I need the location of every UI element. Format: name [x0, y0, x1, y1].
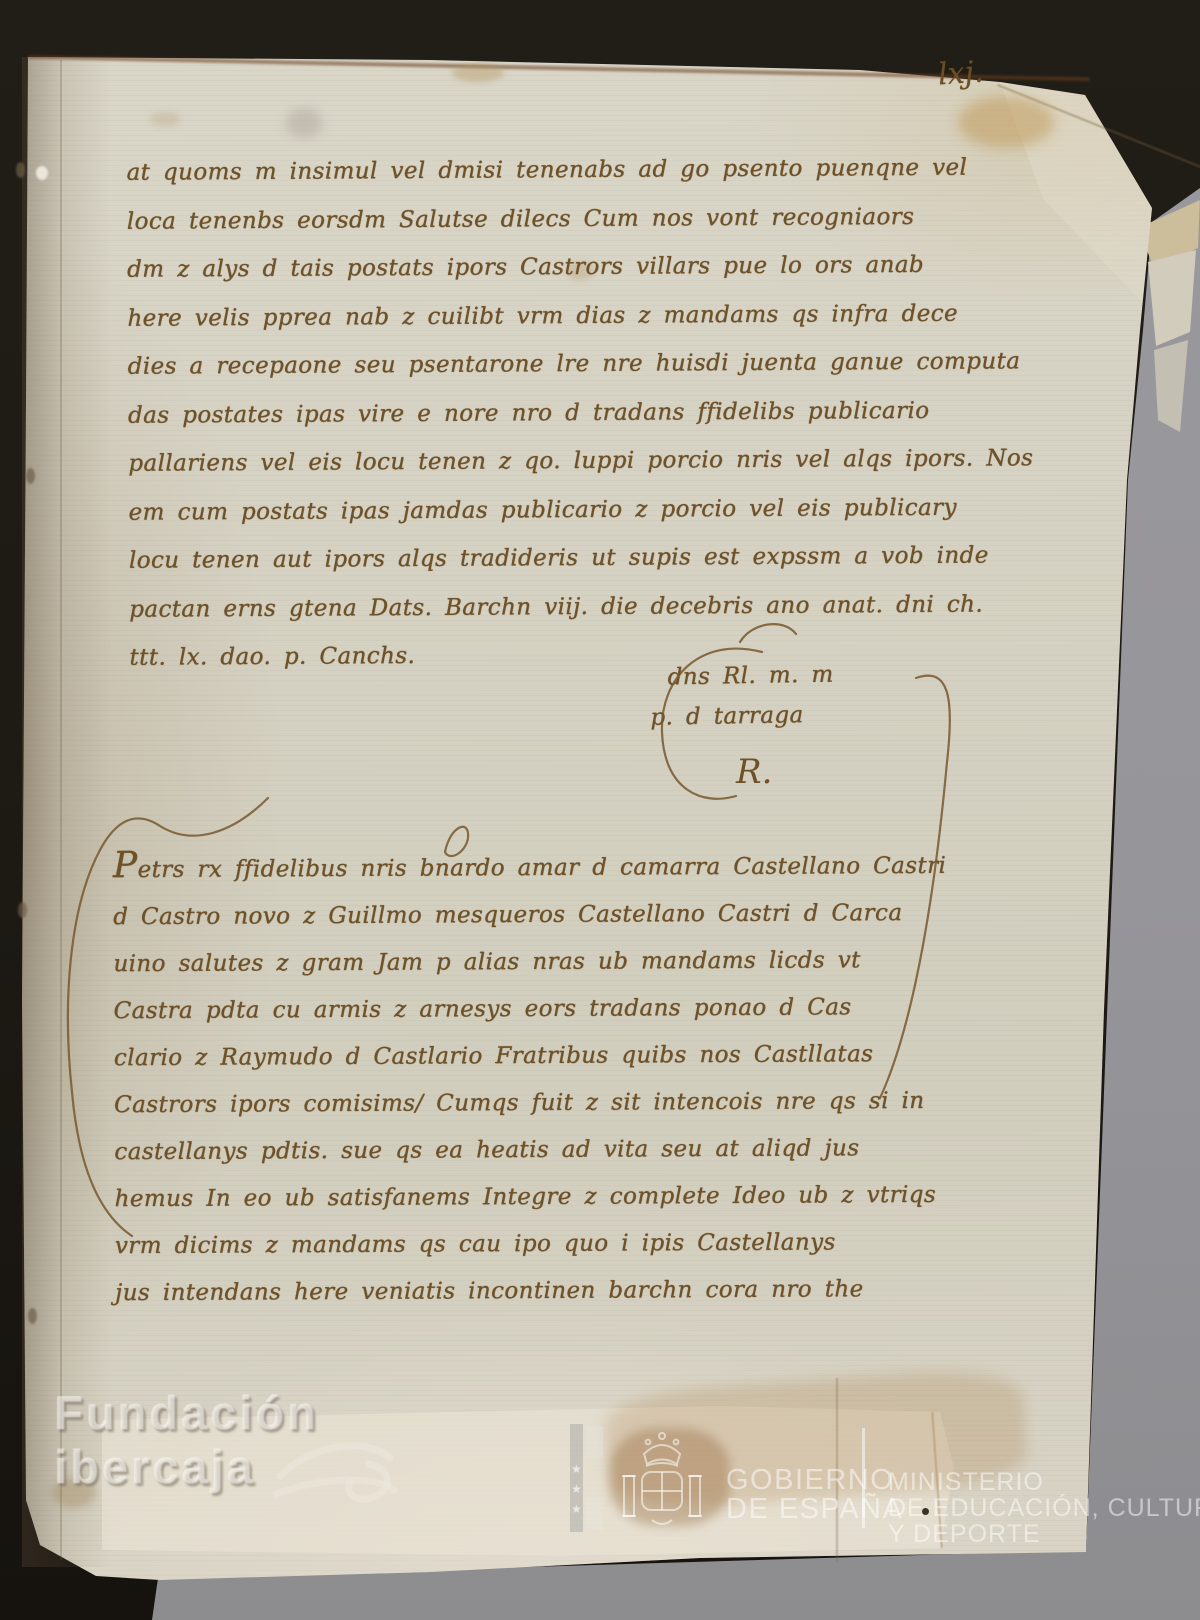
flag-block-top — [586, 1426, 603, 1458]
manuscript-line: castellanys pdtis. sue qs ea heatis ad v… — [114, 1125, 948, 1176]
ministerio-watermark-line3: Y DEPORTE — [888, 1520, 1041, 1549]
gobierno-watermark-line2: DE ESPAÑA — [726, 1493, 903, 1526]
ibercaja-watermark-line2: ibercaja — [55, 1440, 257, 1495]
manuscript-line: locu tenen aut ipors alqs tradideris ut … — [129, 531, 1034, 585]
binding-stitch — [26, 468, 35, 484]
stain — [150, 112, 180, 126]
paper-speck — [36, 166, 48, 180]
manuscript-line: pactan erns gtena Dats. Barchn viij. die… — [129, 580, 1034, 634]
manuscript-line: Petrs rx ffidelibus nris bnardo amar d c… — [113, 838, 947, 894]
manuscript-line: at quoms m insimul vel dmisi tenenabs ad… — [126, 143, 1031, 197]
manuscript-line: dm z alys d tais postats ipors Castrors … — [127, 240, 1032, 294]
manuscript-scan: lxj. at quoms m insimul vel dmisi tenena… — [0, 0, 1200, 1620]
spain-coat-of-arms-icon — [606, 1428, 718, 1540]
manuscript-line: ttt. lx. dao. p. Canchs. — [129, 628, 1034, 682]
manuscript-line: dies a recepaone seu psentarone lre nre … — [128, 337, 1033, 391]
manuscript-line: em cum postats ipas jamdas publicario z … — [128, 483, 1033, 537]
binding-stitch — [18, 902, 27, 918]
manuscript-line: vrm dicims z mandams qs cau ipo quo i ip… — [115, 1219, 949, 1270]
ministerio-watermark-line1: MINISTERIO — [888, 1468, 1044, 1497]
manuscript-line: here velis pprea nab z cuilibt vrm dias … — [127, 289, 1032, 343]
binding-stitch — [28, 1308, 37, 1324]
binding-gutter — [22, 57, 112, 1567]
manuscript-paragraph-1: at quoms m insimul vel dmisi tenenabs ad… — [126, 143, 1034, 682]
manuscript-line: uino salutes z gram Jam p alias nras ub … — [113, 937, 947, 988]
watermark-divider — [862, 1428, 865, 1528]
binding-stitch — [16, 162, 25, 178]
manuscript-line: Castrors ipors comisims/ Cumqs fuit z si… — [114, 1078, 948, 1129]
stain — [452, 64, 504, 82]
flag-block-bottom — [586, 1498, 603, 1530]
gutter-crease — [60, 60, 62, 1560]
manuscript-line: d Castro novo z Guillmo mesqueros Castel… — [113, 890, 947, 941]
manuscript-line: das postates ipas vire e nore nro d trad… — [128, 386, 1033, 440]
manuscript-line: loca tenenbs eorsdm Salutse dilecs Cum n… — [127, 192, 1032, 246]
ibercaja-flourish-icon — [272, 1424, 412, 1514]
signature-line: dns Rl. m. m — [667, 655, 834, 698]
star-icon: ★ — [571, 1482, 582, 1496]
stain — [958, 96, 1054, 148]
star-icon: ★ — [571, 1502, 582, 1516]
notary-mark: R. — [736, 752, 772, 792]
star-icon: ★ — [571, 1462, 582, 1476]
manuscript-line: clario z Raymudo d Castlario Fratribus q… — [114, 1031, 948, 1082]
manuscript-line: hemus In eo ub satisfanems Integre z com… — [115, 1172, 949, 1223]
stain — [286, 108, 322, 138]
ministerio-watermark-line2: DE EDUCACIÓN, CULTURA — [888, 1494, 1200, 1523]
manuscript-line: Castra pdta cu armis z arnesys eors trad… — [114, 984, 948, 1035]
folio-number: lxj. — [937, 54, 985, 92]
manuscript-line: pallariens vel eis locu tenen z qo. lupp… — [128, 434, 1033, 488]
manuscript-line: jus intendans here veniatis incontinen b… — [115, 1266, 949, 1317]
signature-line: p. d tarraga — [650, 695, 835, 738]
manuscript-paragraph-2: Petrs rx ffidelibus nris bnardo amar d c… — [113, 838, 949, 1317]
chancery-signature: dns Rl. m. m p. d tarraga — [667, 655, 834, 738]
